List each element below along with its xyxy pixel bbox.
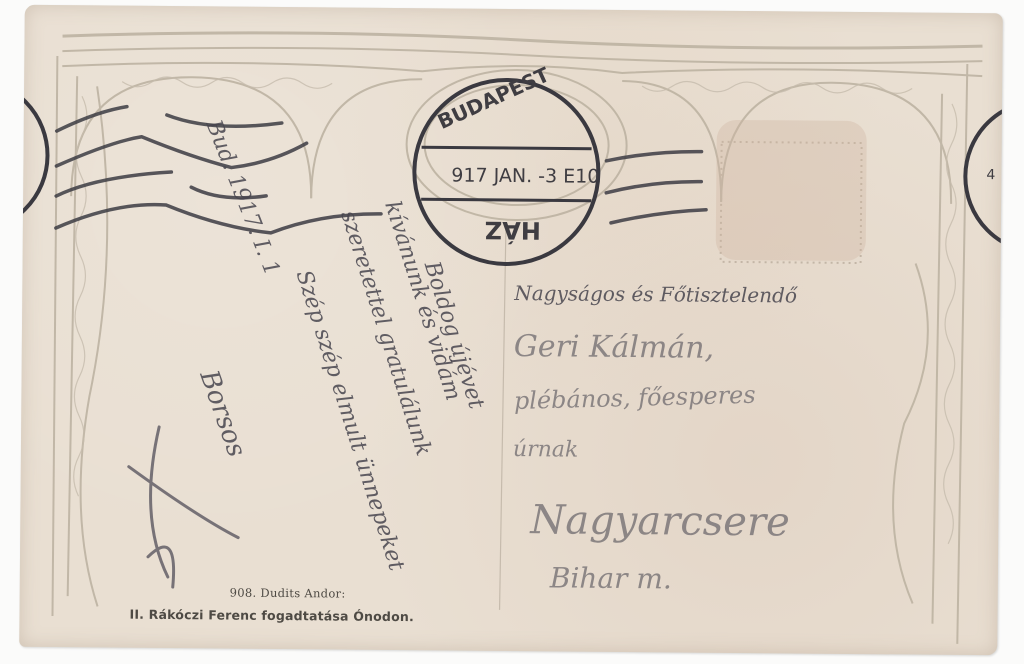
caption-number-author: 908. Dudits Andor:: [230, 586, 346, 601]
signature-flourish: [19, 5, 1003, 656]
postcard-back: BUDAPEST 917 JAN. -3 E10 HÁZ 4 Nagyságos…: [19, 5, 1003, 656]
caption-title: II. Rákóczi Ferenc fogadtatása Ónodon.: [129, 607, 414, 624]
